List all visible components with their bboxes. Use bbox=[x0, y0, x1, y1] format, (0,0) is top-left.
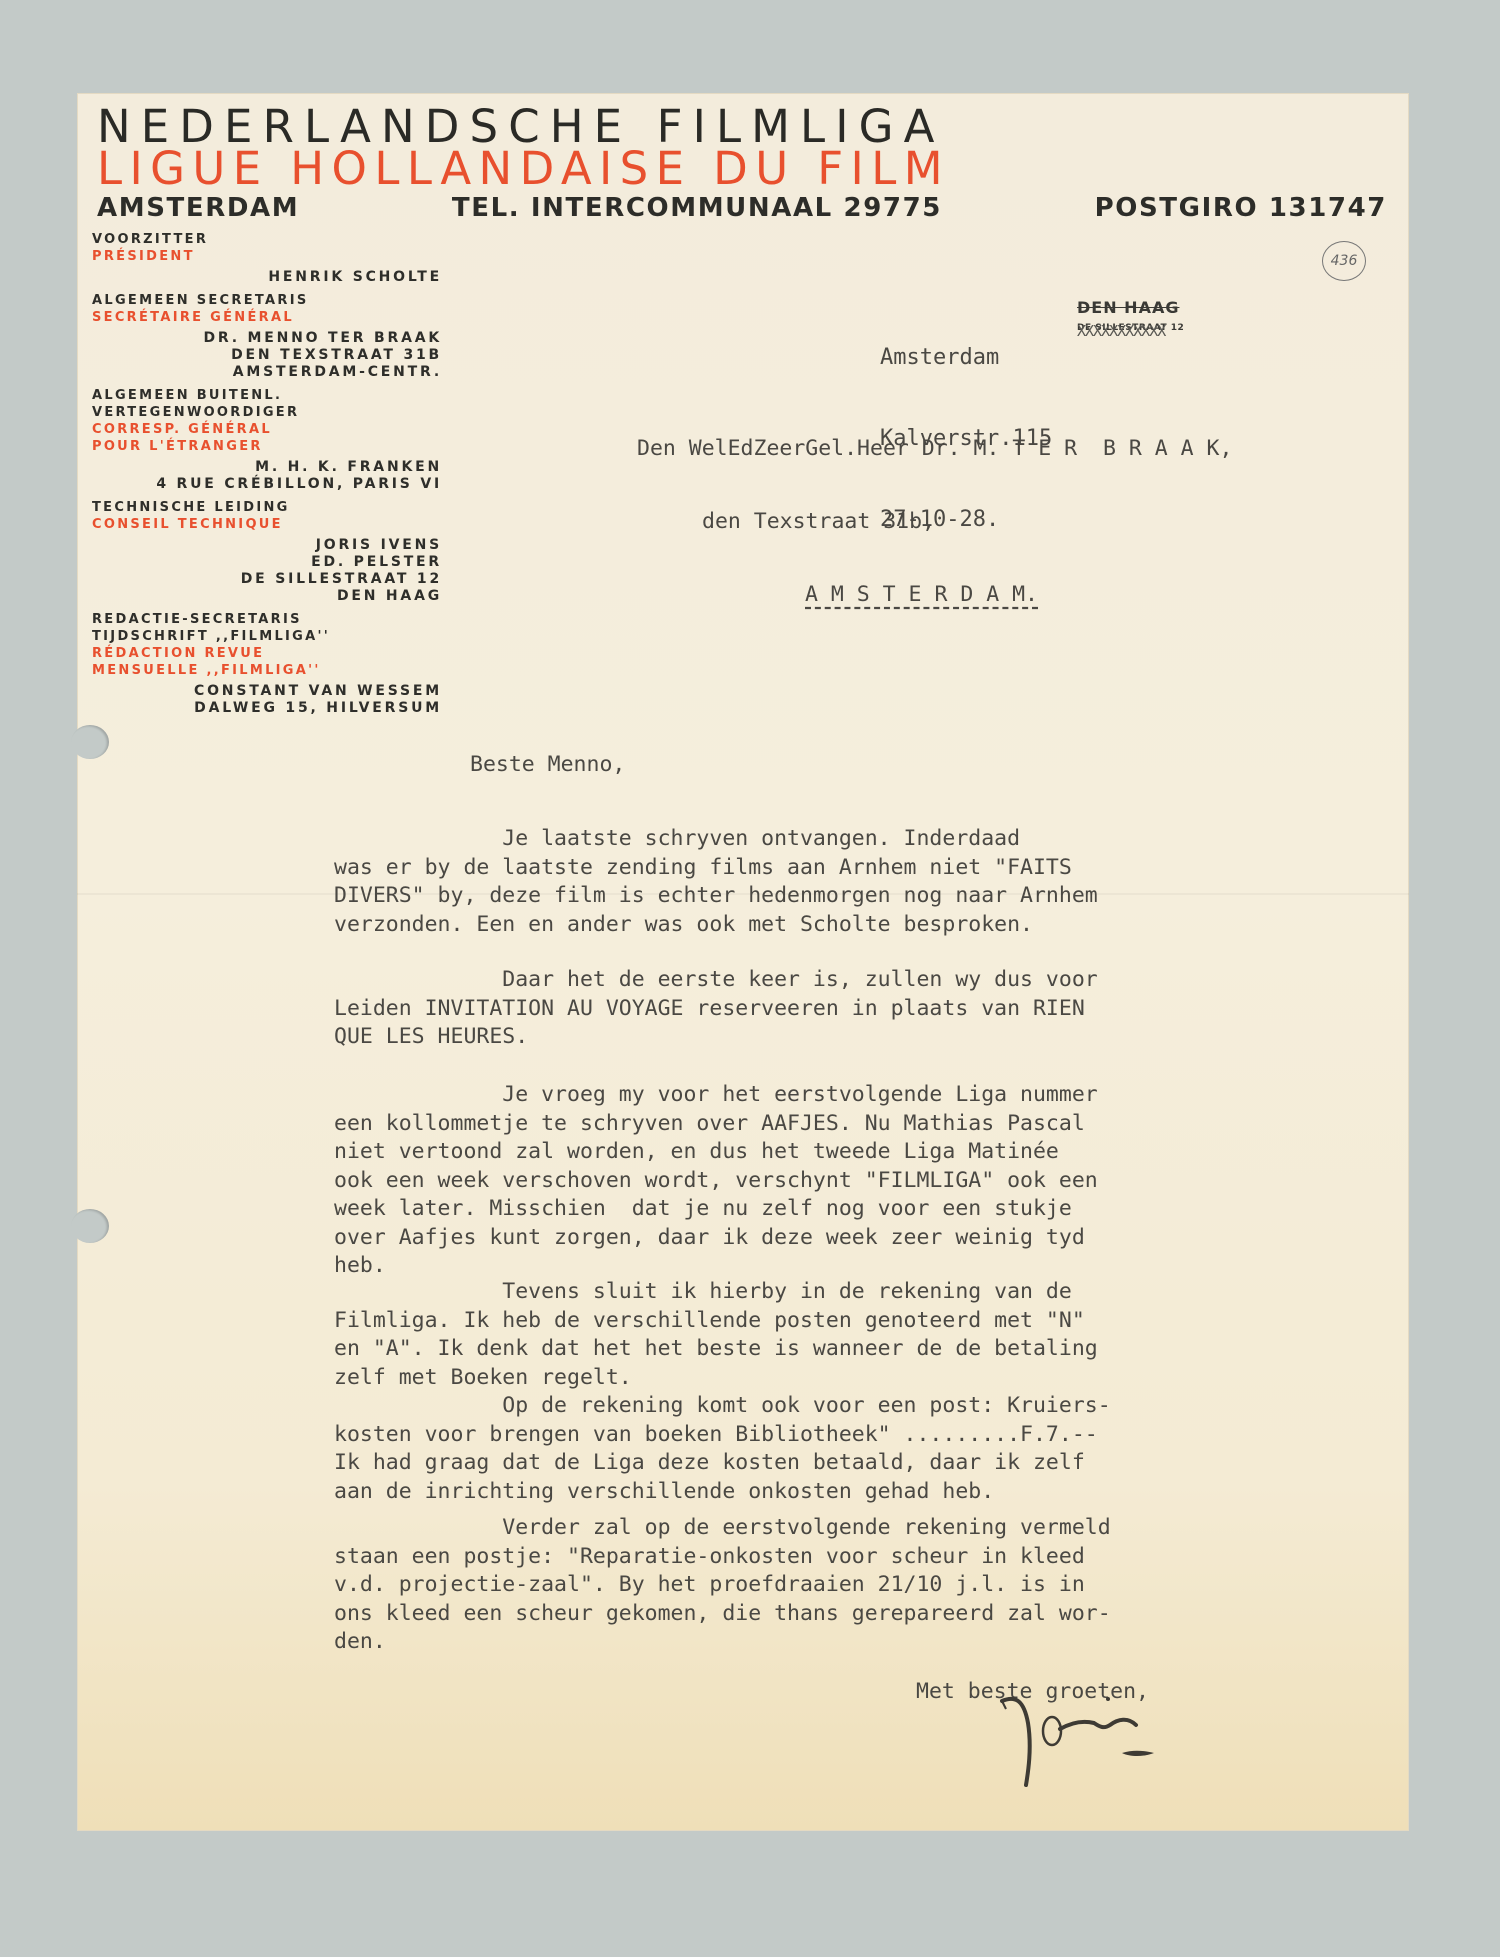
typed-line: den. bbox=[334, 1628, 1111, 1657]
body-paragraph: Daar het de eerste keer is, zullen wy du… bbox=[334, 966, 1098, 1052]
board-member-name: JORIS IVENS bbox=[92, 537, 442, 554]
typed-line: Daar het de eerste keer is, zullen wy du… bbox=[334, 966, 1098, 995]
letter-paper: NEDERLANDSCHE FILMLIGA LIGUE HOLLANDAISE… bbox=[77, 93, 1409, 1831]
typed-line: Je vroeg my voor het eerstvolgende Liga … bbox=[334, 1081, 1098, 1110]
typed-line: Filmliga. Ik heb de verschillende posten… bbox=[334, 1307, 1111, 1336]
board-member-address: ED. PELSTER bbox=[92, 554, 442, 571]
letterhead-city: AMSTERDAM bbox=[97, 193, 299, 223]
board-role-fr: MENSUELLE ,,FILMLIGA'' bbox=[92, 662, 442, 679]
board-role-fr: CONSEIL TECHNIQUE bbox=[92, 516, 442, 533]
board-role-fr: CORRESP. GÉNÉRAL bbox=[92, 421, 442, 438]
board-member-address: AMSTERDAM-CENTR. bbox=[92, 364, 442, 381]
board-member-address: DEN TEXSTRAAT 31B bbox=[92, 347, 442, 364]
board-role-nl: TECHNISCHE LEIDING bbox=[92, 499, 442, 516]
recipient-city: A M S T E R D A M. bbox=[805, 581, 1038, 610]
recipient-street: den Texstraat 31b, bbox=[702, 508, 935, 537]
board-role-nl: REDACTIE-SECRETARIS bbox=[92, 611, 442, 628]
stamp-strikeout: XXXXXXXXXXX bbox=[1077, 323, 1252, 339]
board-role-nl: VOORZITTER bbox=[92, 231, 442, 248]
typed-line: verzonden. Een en ander was ook met Scho… bbox=[334, 911, 1098, 940]
board-member-name: DR. MENNO TER BRAAK bbox=[92, 330, 442, 347]
board-role-fr: SECRÉTAIRE GÉNÉRAL bbox=[92, 309, 442, 326]
board-group: REDACTIE-SECRETARISTIJDSCHRIFT ,,FILMLIG… bbox=[92, 611, 442, 717]
typed-line: v.d. projectie-zaal". By het proefdraaie… bbox=[334, 1571, 1111, 1600]
board-member-address: DALWEG 15, HILVERSUM bbox=[92, 700, 442, 717]
board-role-fr: PRÉSIDENT bbox=[92, 248, 442, 265]
typed-line: Tevens sluit ik hierby in de rekening va… bbox=[334, 1278, 1111, 1307]
board-member-name: M. H. K. FRANKEN bbox=[92, 459, 442, 476]
typed-line: ons kleed een scheur gekomen, die thans … bbox=[334, 1600, 1111, 1629]
letterhead-contact-line: AMSTERDAM TEL. INTERCOMMUNAAL 29775 POST… bbox=[97, 193, 1387, 223]
board-member-address: 4 RUE CRÉBILLON, PARIS VI bbox=[92, 476, 442, 493]
typed-line: Je laatste schryven ontvangen. Inderdaad bbox=[334, 825, 1098, 854]
letterhead-postgiro: POSTGIRO 131747 bbox=[1095, 193, 1387, 223]
binder-hole-top bbox=[71, 725, 109, 759]
board-role-fr: POUR L'ÉTRANGER bbox=[92, 438, 442, 455]
board-group: TECHNISCHE LEIDINGCONSEIL TECHNIQUEJORIS… bbox=[92, 499, 442, 605]
body-paragraph: Je laatste schryven ontvangen. Inderdaad… bbox=[334, 825, 1098, 939]
board-group: ALGEMEEN BUITENL.VERTEGENWOORDIGERCORRES… bbox=[92, 387, 442, 493]
typed-line: en "A". Ik denk dat het het beste is wan… bbox=[334, 1335, 1111, 1364]
typed-line: een kollommetje te schryven over AAFJES.… bbox=[334, 1110, 1098, 1139]
stamp-city: DEN HAAG bbox=[1077, 298, 1252, 317]
struck-out-address-stamp: DEN HAAG DE SILLESTRAAT 12 XXXXXXXXXXX bbox=[1077, 298, 1252, 339]
typed-line: QUE LES HEURES. bbox=[334, 1023, 1098, 1052]
board-role-nl: TIJDSCHRIFT ,,FILMLIGA'' bbox=[92, 628, 442, 645]
typed-line: kosten voor brengen van boeken Bibliothe… bbox=[334, 1421, 1111, 1450]
letterhead-org-fr: LIGUE HOLLANDAISE DU FILM bbox=[97, 145, 1387, 193]
typed-line: week later. Misschien dat je nu zelf nog… bbox=[334, 1195, 1098, 1224]
board-group: ALGEMEEN SECRETARISSECRÉTAIRE GÉNÉRALDR.… bbox=[92, 292, 442, 381]
sender-city: Amsterdam bbox=[880, 344, 1052, 371]
typed-line: Ik had graag dat de Liga deze kosten bet… bbox=[334, 1449, 1111, 1478]
signature-joris bbox=[994, 1693, 1174, 1803]
salutation: Beste Menno, bbox=[470, 751, 625, 780]
typed-line: aan de inrichting verschillende onkosten… bbox=[334, 1478, 1111, 1507]
recipient-name: Den WelEdZeerGel.Heer Dr. M. T E R B R A… bbox=[637, 435, 1232, 464]
letterhead-telephone: TEL. INTERCOMMUNAAL 29775 bbox=[452, 193, 942, 223]
board-member-address: DE SILLESTRAAT 12 bbox=[92, 571, 442, 588]
typed-line: niet vertoond zal worden, en dus het twe… bbox=[334, 1138, 1098, 1167]
board-role-nl: VERTEGENWOORDIGER bbox=[92, 404, 442, 421]
board-member-address: DEN HAAG bbox=[92, 588, 442, 605]
board-group: VOORZITTERPRÉSIDENTHENRIK SCHOLTE bbox=[92, 231, 442, 286]
body-paragraph: Verder zal op de eerstvolgende rekening … bbox=[334, 1514, 1111, 1657]
archive-page-number: 436 bbox=[1322, 241, 1366, 281]
board-member-name: CONSTANT VAN WESSEM bbox=[92, 683, 442, 700]
board-member-name: HENRIK SCHOLTE bbox=[92, 269, 442, 286]
binder-hole-bottom bbox=[71, 1209, 109, 1243]
board-role-nl: ALGEMEEN BUITENL. bbox=[92, 387, 442, 404]
typed-line: heb. bbox=[334, 1252, 1098, 1281]
typed-line: DIVERS" by, deze film is echter hedenmor… bbox=[334, 882, 1098, 911]
typed-line: Leiden INVITATION AU VOYAGE reserveeren … bbox=[334, 995, 1098, 1024]
board-role-nl: ALGEMEEN SECRETARIS bbox=[92, 292, 442, 309]
body-paragraph: Je vroeg my voor het eerstvolgende Liga … bbox=[334, 1081, 1098, 1281]
typed-line: ook een week verschoven wordt, verschynt… bbox=[334, 1167, 1098, 1196]
body-paragraph: Tevens sluit ik hierby in de rekening va… bbox=[334, 1278, 1111, 1506]
typed-line: staan een postje: "Reparatie-onkosten vo… bbox=[334, 1543, 1111, 1572]
typed-line: Op de rekening komt ook voor een post: K… bbox=[334, 1392, 1111, 1421]
board-members-sidebar: VOORZITTERPRÉSIDENTHENRIK SCHOLTEALGEMEE… bbox=[92, 231, 442, 723]
typed-line: zelf met Boeken regelt. bbox=[334, 1364, 1111, 1393]
typed-line: over Aafjes kunt zorgen, daar ik deze we… bbox=[334, 1224, 1098, 1253]
typed-line: was er by de laatste zending films aan A… bbox=[334, 854, 1098, 883]
board-role-fr: RÉDACTION REVUE bbox=[92, 645, 442, 662]
typed-line: Verder zal op de eerstvolgende rekening … bbox=[334, 1514, 1111, 1543]
